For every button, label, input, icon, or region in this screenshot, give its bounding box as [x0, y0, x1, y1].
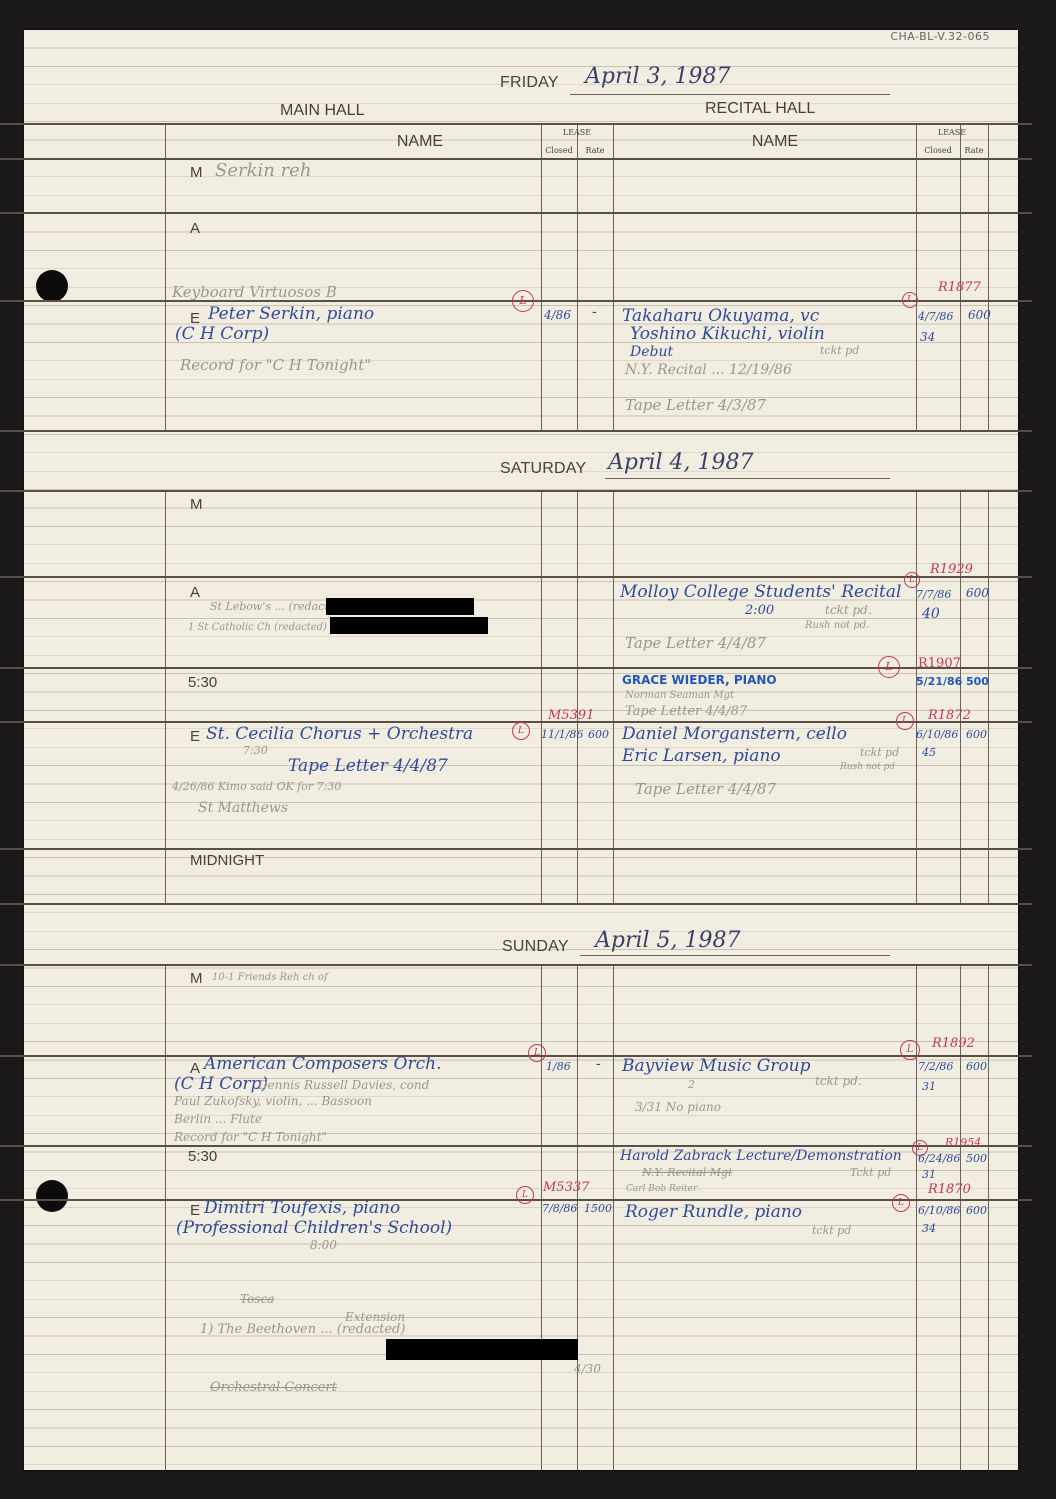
- note: 10-1 Friends Reh ch of: [212, 972, 328, 983]
- rule: [0, 576, 1032, 578]
- rule: [0, 1055, 1032, 1057]
- rate: 1500: [584, 1202, 612, 1215]
- rate: 600: [966, 586, 989, 600]
- closed-date: 7/7/86: [916, 588, 951, 601]
- day-date-sunday: April 5, 1987: [595, 928, 741, 953]
- closed-date: 7/8/86: [542, 1202, 577, 1215]
- note: Orchestral Concert: [210, 1380, 337, 1395]
- closed-date: 11/1/86: [541, 728, 583, 741]
- note: N.Y. Recital Mgt: [642, 1166, 732, 1179]
- column-rule: [165, 964, 166, 1470]
- column-rule: [988, 123, 989, 430]
- lease-circle-mark: L: [902, 292, 918, 308]
- note: Record for "C H Tonight": [174, 1130, 327, 1144]
- lease-circle-mark: L: [528, 1044, 546, 1062]
- note: Paul Zukofsky, violin, ... Bassoon: [174, 1094, 372, 1108]
- event-line2: 2:00: [745, 603, 774, 618]
- lease-number: R1892: [932, 1036, 975, 1051]
- event-name: Daniel Morganstern, cello: [622, 724, 847, 744]
- slot-a: A: [190, 584, 200, 601]
- lease-number: R1872: [928, 708, 971, 723]
- extra-number: 34: [922, 1222, 936, 1235]
- lease-number: R1929: [930, 562, 973, 577]
- event-name: Takaharu Okuyama, vc: [622, 306, 819, 326]
- rate: 600: [968, 308, 991, 322]
- binder-hole: [36, 1180, 68, 1212]
- lease-number: R1877: [938, 280, 981, 295]
- column-rule: [577, 964, 578, 1470]
- rule: [0, 212, 1032, 214]
- column-rule: [613, 964, 614, 1470]
- date-underline: [580, 955, 890, 956]
- rate: 600: [966, 1060, 987, 1073]
- name-header-main: NAME: [360, 133, 480, 151]
- column-rule: [541, 490, 542, 903]
- redaction: [326, 598, 474, 615]
- note: Carl Bob Reiter: [626, 1184, 697, 1194]
- lease-number: M5391: [548, 708, 594, 723]
- slot-530: 5:30: [188, 674, 217, 691]
- rate: -: [596, 1056, 601, 1072]
- event-name: American Composers Orch.: [204, 1054, 442, 1074]
- slot-530: 5:30: [188, 1148, 217, 1165]
- rate-header-recital: Rate: [960, 146, 988, 155]
- column-rule: [577, 123, 578, 430]
- lease-circle-mark: L: [892, 1194, 910, 1212]
- note: Debut: [630, 344, 673, 360]
- column-rule: [613, 490, 614, 903]
- note: Berlin ... Flute: [174, 1112, 262, 1126]
- column-rule: [916, 123, 917, 430]
- extra-number: 31: [922, 1080, 936, 1093]
- rule: [0, 158, 1032, 160]
- closed-date: 7/2/86: [918, 1060, 953, 1073]
- binder-hole: [36, 270, 68, 302]
- day-label-sunday: SUNDAY: [502, 938, 569, 956]
- slot-e: E: [190, 728, 200, 745]
- closed-header-main: Closed: [541, 146, 577, 155]
- column-rule: [165, 490, 166, 903]
- event-name: GRACE WIEDER, PIANO: [622, 673, 777, 687]
- event-name: Molloy College Students' Recital: [620, 582, 901, 602]
- column-rule: [541, 964, 542, 1470]
- slot-e: E: [190, 1202, 200, 1219]
- rule: [0, 848, 1032, 850]
- note: tckt pd: [820, 344, 859, 357]
- event-line2: Eric Larsen, piano: [622, 746, 781, 766]
- column-rule: [613, 123, 614, 430]
- note: Tape Letter 4/4/87: [635, 780, 776, 798]
- note: Tosca: [240, 1292, 274, 1306]
- rule: [0, 490, 1032, 492]
- date-underline: [605, 478, 890, 479]
- note: Extension: [345, 1310, 405, 1324]
- day-date-friday: April 3, 1987: [585, 64, 731, 89]
- lease-number: R1907: [918, 656, 961, 671]
- column-rule: [916, 964, 917, 1470]
- closed-date: 6/10/86: [916, 728, 958, 741]
- column-rule: [988, 964, 989, 1470]
- rate: 600: [588, 728, 609, 741]
- column-rule: [960, 490, 961, 903]
- event-line2: 7:30: [243, 744, 268, 757]
- note: tckt pd: [860, 746, 899, 759]
- slot-m: M: [190, 164, 203, 181]
- note: Tape Letter 4/4/87: [625, 634, 766, 652]
- note: 4/26/86 Kimo said OK for 7:30: [172, 780, 341, 793]
- column-rule: [577, 490, 578, 903]
- slot-a: A: [190, 220, 200, 237]
- lease-circle-mark: L: [904, 572, 920, 588]
- event-line2: 2: [688, 1078, 695, 1091]
- note: 8:00: [310, 1238, 337, 1252]
- column-rule: [165, 123, 166, 430]
- column-rule: [916, 490, 917, 903]
- note: Norman Seaman Mgt: [625, 690, 734, 701]
- redaction: [386, 1339, 578, 1360]
- lease-circle-mark: L: [900, 1040, 920, 1060]
- rule: [0, 123, 1032, 125]
- event-name: Peter Serkin, piano: [208, 304, 374, 324]
- note: tckt pd.: [825, 603, 872, 617]
- note: Record for "C H Tonight": [180, 356, 371, 374]
- column-rule: [988, 490, 989, 903]
- note: 4/30: [574, 1362, 601, 1376]
- rule: [0, 1199, 1032, 1201]
- event-name: Dimitri Toufexis, piano: [204, 1198, 400, 1218]
- note: Tckt pd: [850, 1166, 891, 1179]
- note: 3/31 No piano: [635, 1100, 721, 1114]
- closed-date: 4/7/86: [918, 310, 953, 323]
- rate-header-main: Rate: [577, 146, 613, 155]
- rule: [0, 903, 1032, 905]
- event-name: Harold Zabrack Lecture/Demonstration: [620, 1148, 902, 1164]
- closed-date: 1/86: [546, 1060, 571, 1073]
- rate: -: [592, 304, 597, 320]
- name-header-recital: NAME: [715, 133, 835, 151]
- rule: [0, 430, 1032, 432]
- lease-circle-mark: L: [896, 712, 914, 730]
- rate: 600: [966, 1204, 987, 1217]
- lease-circle-mark: L: [516, 1186, 534, 1204]
- note: N.Y. Recital ... 12/19/86: [625, 362, 792, 378]
- column-rule: [960, 123, 961, 430]
- rule: [0, 1145, 1032, 1147]
- note: Serkin reh: [215, 160, 311, 181]
- lease-circle-mark: L: [512, 290, 534, 312]
- note: Dennis Russell Davies, cond: [258, 1078, 429, 1092]
- lease-circle-mark: L: [512, 722, 530, 740]
- day-date-saturday: April 4, 1987: [608, 450, 754, 475]
- closed-date: 6/24/86: [918, 1152, 960, 1165]
- note: 1 St Catholic Ch (redacted): [188, 622, 327, 633]
- note: tckt pd.: [815, 1074, 862, 1088]
- lease-number: R1870: [928, 1182, 971, 1197]
- lease-number: R1954: [945, 1136, 981, 1149]
- lease-header-recital: LEASE: [916, 128, 988, 137]
- note: Rush not pd.: [805, 620, 869, 631]
- recital-hall-label: RECITAL HALL: [705, 100, 815, 118]
- note: Keyboard Virtuosos B: [172, 283, 337, 301]
- note: Tape Letter 4/4/87: [288, 756, 448, 776]
- note: Tape Letter 4/4/87: [625, 704, 747, 719]
- slot-midnight: MIDNIGHT: [190, 852, 264, 869]
- rate: 500: [966, 675, 989, 688]
- closed-date: 5/21/86: [916, 675, 962, 688]
- reference-number: CHA-BL-V.32-065: [890, 30, 990, 43]
- lease-header-main: LEASE: [541, 128, 613, 137]
- rate: 600: [966, 728, 987, 741]
- note: St Matthews: [198, 800, 288, 816]
- day-label-saturday: SATURDAY: [500, 460, 586, 478]
- note: 1) The Beethoven ... (redacted): [200, 1322, 405, 1337]
- event-line2: Yoshino Kikuchi, violin: [630, 324, 825, 344]
- closed-date: 6/10/86: [918, 1204, 960, 1217]
- note: Rush not pd: [840, 762, 895, 772]
- event-name: Roger Rundle, piano: [625, 1202, 802, 1222]
- redaction: [330, 617, 488, 634]
- event-name: Bayview Music Group: [622, 1056, 811, 1076]
- extra-number: 31: [922, 1168, 936, 1181]
- slot-m: M: [190, 496, 203, 513]
- main-hall-label: MAIN HALL: [280, 102, 364, 120]
- rate: 500: [966, 1152, 987, 1165]
- slot-m: M: [190, 970, 203, 987]
- closed-header-recital: Closed: [916, 146, 960, 155]
- event-line2: (C H Corp): [174, 1074, 268, 1094]
- lease-circle-mark: L: [878, 656, 900, 678]
- day-label-friday: FRIDAY: [500, 74, 559, 92]
- note: tckt pd: [812, 1224, 851, 1237]
- column-rule: [541, 123, 542, 430]
- lease-number: M5337: [543, 1180, 589, 1195]
- extra-number: 45: [922, 746, 936, 759]
- event-name: St. Cecilia Chorus + Orchestra: [206, 724, 473, 744]
- note: Tape Letter 4/3/87: [625, 396, 766, 414]
- extra-number: 40: [922, 606, 940, 622]
- rule: [0, 964, 1032, 966]
- event-line2: (Professional Children's School): [176, 1218, 452, 1238]
- event-line2: (C H Corp): [175, 324, 269, 344]
- date-underline: [570, 94, 890, 95]
- closed-date: 4/86: [544, 308, 571, 322]
- extra-number: 34: [920, 330, 935, 344]
